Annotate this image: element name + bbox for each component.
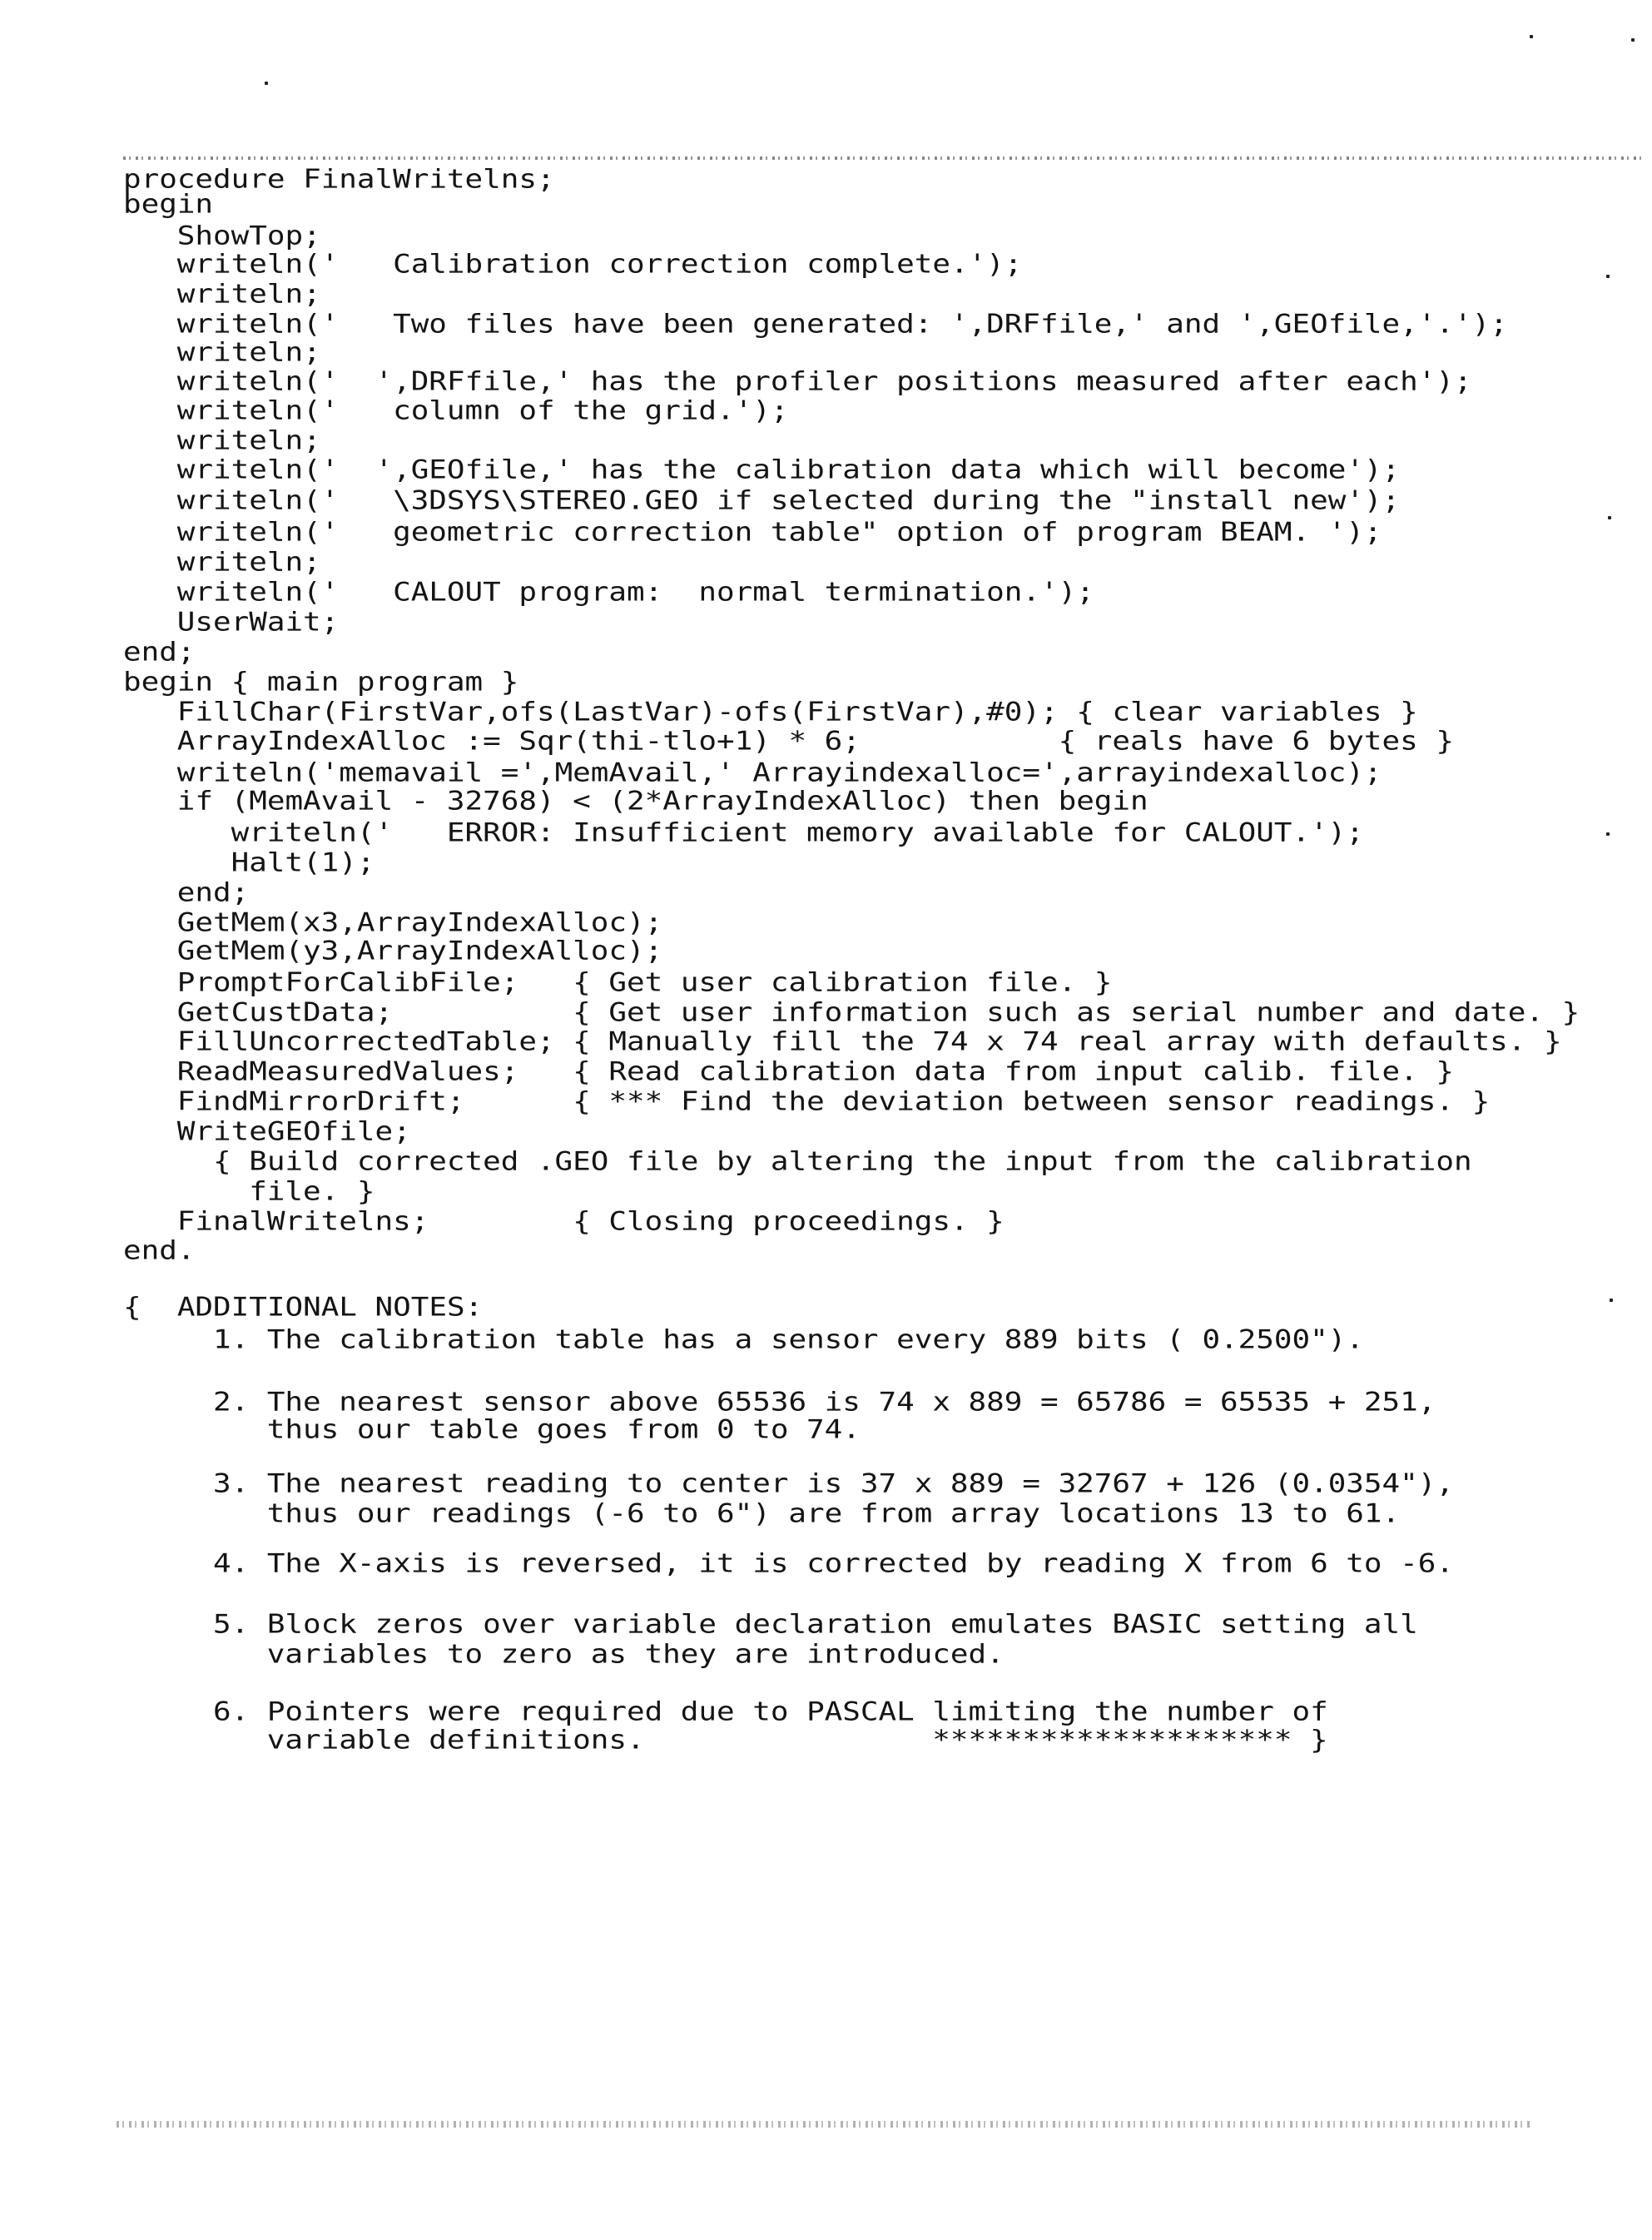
code-line: writeln(' Calibration correction complet… — [177, 254, 1023, 276]
code-line: begin — [123, 194, 213, 216]
code-line: FindMirrorDrift; { *** Find the deviatio… — [177, 1091, 1490, 1113]
code-line: ShowTop; — [177, 226, 321, 247]
scan-noise-top — [123, 156, 1646, 160]
code-line: writeln(' ',DRFfile,' has the profiler p… — [177, 371, 1472, 393]
code-line: 3. The nearest reading to center is 37 x… — [213, 1473, 1454, 1495]
code-line: procedure FinalWritelns; — [123, 169, 555, 191]
code-line: variable definitions. ******************… — [267, 1730, 1328, 1751]
code-line: thus our readings (-6 to 6") are from ar… — [267, 1503, 1400, 1525]
code-line: GetCustData; { Get user information such… — [177, 1002, 1580, 1024]
code-line: writeln(' CALOUT program: normal termina… — [177, 582, 1094, 603]
code-line: FillChar(FirstVar,ofs(LastVar)-ofs(First… — [177, 702, 1418, 723]
code-line: begin { main program } — [123, 672, 518, 693]
code-line: file. } — [249, 1181, 375, 1203]
code-line: { Build corrected .GEO file by altering … — [213, 1151, 1472, 1173]
scan-speck — [1530, 35, 1533, 38]
code-line: { ADDITIONAL NOTES: — [123, 1297, 483, 1319]
scan-speck — [1606, 832, 1610, 836]
code-line: writeln(' ',GEOfile,' has the calibratio… — [177, 459, 1400, 481]
scan-speck — [1610, 1299, 1613, 1302]
scan-speck — [1608, 516, 1611, 519]
code-line: 6. Pointers were required due to PASCAL … — [213, 1701, 1328, 1723]
code-line: FinalWritelns; { Closing proceedings. } — [177, 1211, 1005, 1233]
scan-speck — [1631, 38, 1635, 42]
code-line: writeln('memavail =',MemAvail,' Arrayind… — [177, 762, 1382, 784]
code-line: end; — [177, 882, 249, 904]
code-line: writeln; — [177, 342, 321, 364]
code-line: writeln; — [177, 552, 321, 574]
code-line: WriteGEOfile; — [177, 1121, 411, 1143]
code-line: writeln(' geometric correction table" op… — [177, 522, 1382, 544]
code-line: 4. The X-axis is reversed, it is correct… — [213, 1553, 1454, 1575]
code-line: writeln(' ERROR: Insufficient memory ava… — [231, 822, 1364, 844]
code-line: variables to zero as they are introduced… — [267, 1644, 1005, 1666]
code-line: thus our table goes from 0 to 74. — [267, 1419, 861, 1441]
scanned-page: procedure FinalWritelns;beginShowTop;wri… — [0, 0, 1652, 2240]
code-line: GetMem(x3,ArrayIndexAlloc); — [177, 912, 662, 934]
code-line: writeln; — [177, 284, 321, 305]
code-line: Halt(1); — [231, 852, 375, 874]
code-line: GetMem(y3,ArrayIndexAlloc); — [177, 941, 662, 962]
code-line: writeln(' Two files have been generated:… — [177, 314, 1508, 335]
code-line: writeln; — [177, 430, 321, 452]
scan-speck — [1606, 275, 1610, 278]
code-line: PromptForCalibFile; { Get user calibrati… — [177, 972, 1113, 994]
code-line: 1. The calibration table has a sensor ev… — [213, 1329, 1364, 1351]
code-line: writeln(' \3DSYS\STEREO.GEO if selected … — [177, 490, 1400, 512]
scan-noise-bottom — [117, 2121, 1531, 2128]
code-line: ReadMeasuredValues; { Read calibration d… — [177, 1061, 1454, 1083]
code-line: writeln(' column of the grid.'); — [177, 400, 789, 422]
scan-speck — [265, 82, 268, 85]
code-line: UserWait; — [177, 612, 339, 633]
code-line: if (MemAvail - 32768) < (2*ArrayIndexAll… — [177, 791, 1148, 812]
code-line: FillUncorrectedTable; { Manually fill th… — [177, 1031, 1562, 1053]
code-line: 2. The nearest sensor above 65536 is 74 … — [213, 1392, 1436, 1413]
code-line: 5. Block zeros over variable declaration… — [213, 1614, 1418, 1636]
code-line: ArrayIndexAlloc := Sqr(thi-tlo+1) * 6; {… — [177, 731, 1454, 752]
code-line: end. — [123, 1240, 195, 1262]
code-line: end; — [123, 642, 195, 663]
